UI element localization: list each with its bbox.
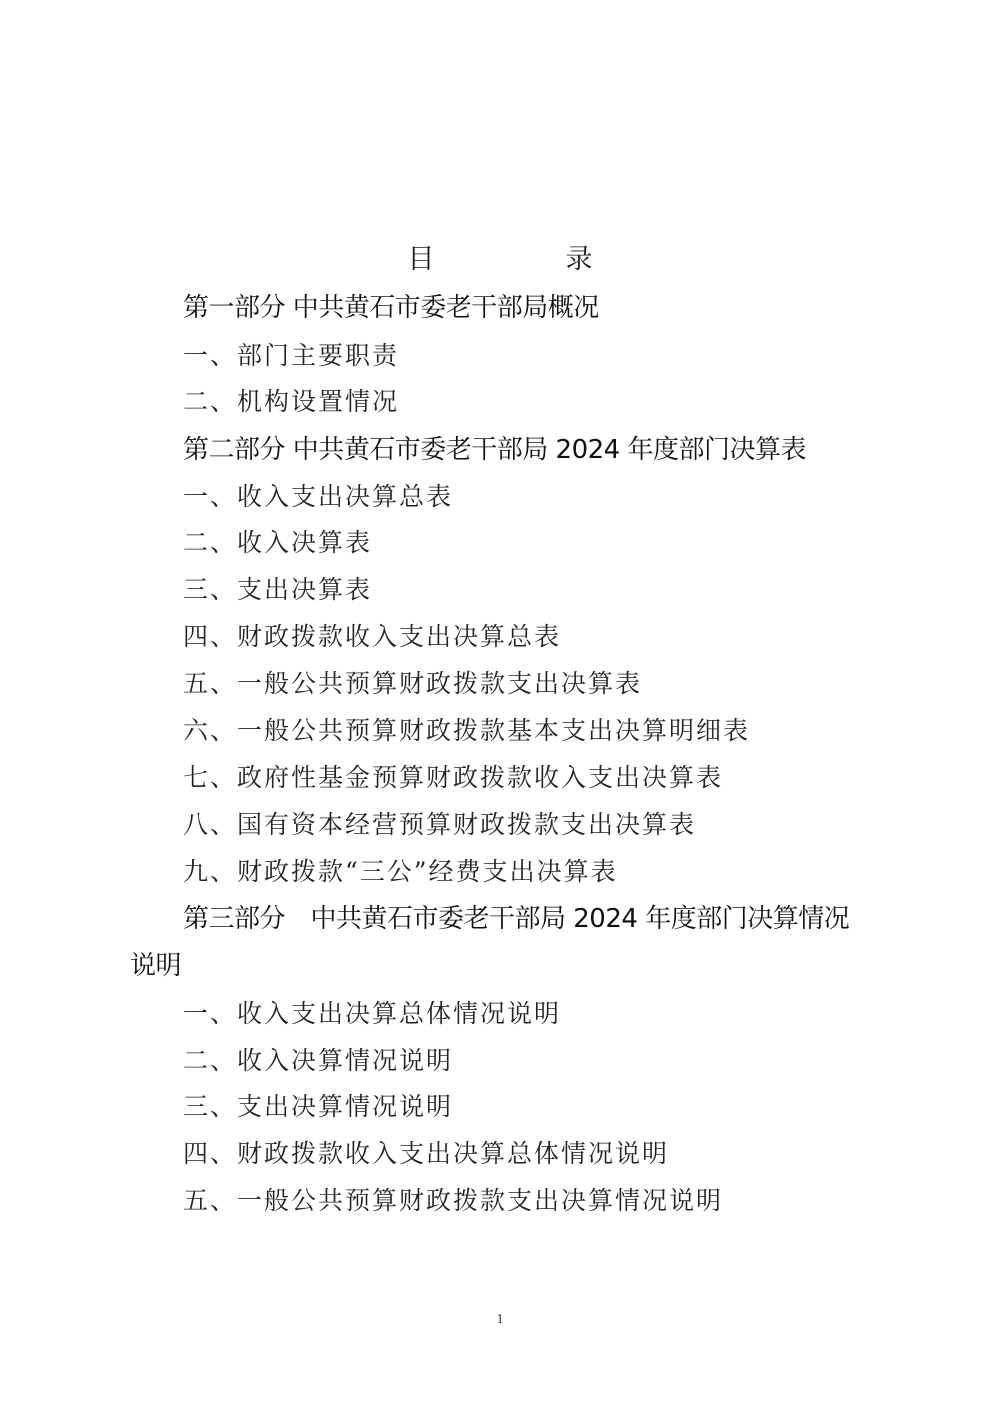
- document-page: 目 录 第一部分 中共黄石市委老干部局概况 一、部门主要职责 二、机构设置情况 …: [0, 0, 1000, 1414]
- toc-item: 一、收入支出决算总体情况说明: [183, 994, 561, 1034]
- toc-item: 一、收入支出决算总表: [183, 477, 453, 517]
- toc-item: 三、支出决算表: [183, 570, 372, 610]
- toc-item: 二、机构设置情况: [183, 382, 399, 422]
- page-number: 1: [0, 1312, 1000, 1328]
- toc-title: 目 录: [0, 240, 1000, 280]
- part3-heading-continuation: 说明: [130, 946, 181, 986]
- toc-item: 二、收入决算情况说明: [183, 1041, 453, 1081]
- toc-item: 四、财政拨款收入支出决算总表: [183, 617, 561, 657]
- toc-item: 二、收入决算表: [183, 523, 372, 563]
- part3-heading: 第三部分 中共黄石市委老干部局 2024 年度部门决算情况: [183, 899, 849, 939]
- toc-item: 四、财政拨款收入支出决算总体情况说明: [183, 1134, 669, 1174]
- toc-item: 五、一般公共预算财政拨款支出决算情况说明: [183, 1181, 723, 1221]
- toc-item: 五、一般公共预算财政拨款支出决算表: [183, 664, 642, 704]
- toc-item: 三、支出决算情况说明: [183, 1087, 453, 1127]
- toc-item: 九、财政拨款“三公”经费支出决算表: [183, 852, 618, 892]
- toc-item: 七、政府性基金预算财政拨款收入支出决算表: [183, 758, 723, 798]
- toc-item: 一、部门主要职责: [183, 336, 399, 376]
- part2-heading: 第二部分 中共黄石市委老干部局 2024 年度部门决算表: [183, 430, 806, 470]
- toc-item: 六、一般公共预算财政拨款基本支出决算明细表: [183, 711, 750, 751]
- part1-heading: 第一部分 中共黄石市委老干部局概况: [183, 288, 599, 328]
- toc-item: 八、国有资本经营预算财政拨款支出决算表: [183, 805, 696, 845]
